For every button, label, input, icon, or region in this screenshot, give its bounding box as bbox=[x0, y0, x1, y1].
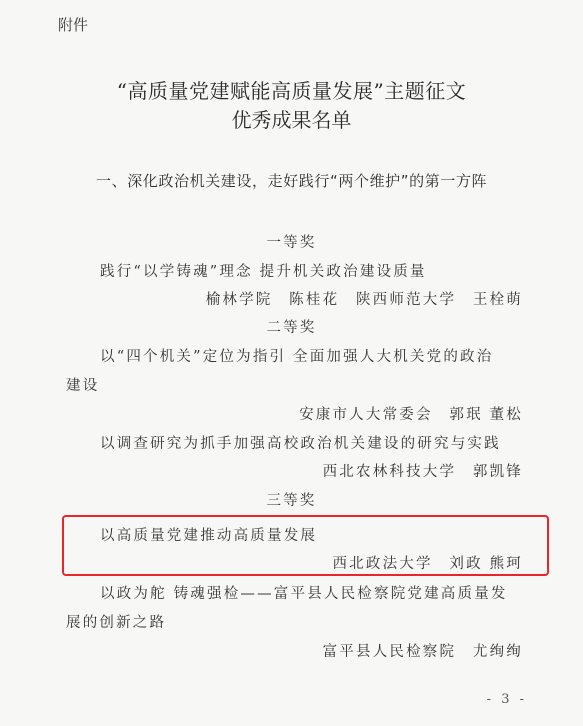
entry-title: 以“四个机关”定位为指引 全面加强人大机关党的政治 bbox=[100, 345, 493, 366]
entry-authors: 安康市人大常委会 郭珉 董松 bbox=[299, 403, 523, 424]
document-title-line1: “高质量党建赋能高质量发展”主题征文 bbox=[0, 75, 583, 104]
entry-title-continued: 展的创新之路 bbox=[66, 611, 166, 632]
section-heading: 一、深化政治机关建设，走好践行“两个维护”的第一方阵 bbox=[96, 170, 487, 191]
entry-title: 以调查研究为抓手加强高校政治机关建设的研究与实践 bbox=[100, 432, 501, 453]
page-number: - 3 - bbox=[487, 692, 527, 707]
award-level-second: 二等奖 bbox=[0, 316, 583, 337]
entry-authors: 西北农林科技大学 郭凯锋 bbox=[323, 460, 523, 481]
entry-authors-highlighted: 西北政法大学 刘政 熊珂 bbox=[332, 552, 523, 573]
entry-title-highlighted: 以高质量党建推动高质量发展 bbox=[100, 524, 317, 545]
entry-authors: 富平县人民检察院 尤绚绚 bbox=[323, 640, 523, 661]
award-level-first: 一等奖 bbox=[0, 231, 583, 252]
entry-title-continued: 建设 bbox=[66, 374, 99, 395]
document-title-line2: 优秀成果名单 bbox=[0, 104, 583, 133]
entry-title: 践行“以学铸魂”理念 提升机关政治建设质量 bbox=[100, 260, 427, 281]
attachment-label: 附件 bbox=[58, 14, 88, 35]
entry-title: 以政为舵 铸魂强检——富平县人民检察院党建高质量发 bbox=[100, 582, 508, 603]
entry-authors: 榆林学院 陈桂花 陕西师范大学 王栓萌 bbox=[206, 288, 523, 309]
award-level-third: 三等奖 bbox=[0, 489, 583, 510]
